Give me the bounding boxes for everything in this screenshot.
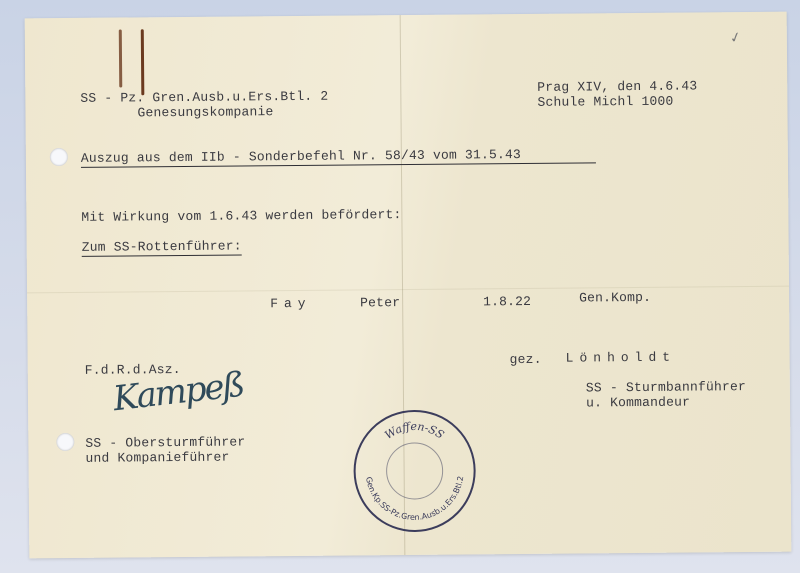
punch-hole	[56, 433, 74, 451]
company-header: Genesungskompanie	[137, 104, 273, 120]
entry-unit: Gen.Komp.	[579, 290, 651, 306]
commander-title: u. Kommandeur	[586, 395, 690, 411]
entry-surname: Fay	[270, 296, 312, 311]
rust-stain	[119, 29, 123, 87]
commander-name: Lönholdt	[566, 350, 677, 366]
officer-title: und Kompanieführer	[85, 450, 229, 466]
entry-birth-date: 1.8.22	[483, 294, 531, 309]
place-date: Prag XIV, den 4.6.43	[537, 78, 697, 94]
official-stamp: Waffen-SS Gen.Kp.SS-Pz.Gren.Ausb.u.Ers.B…	[351, 407, 478, 534]
punch-hole	[50, 148, 68, 166]
rust-stain	[141, 29, 145, 95]
entry-first-name: Peter	[360, 295, 400, 310]
body-text: Mit Wirkung vom 1.6.43 werden befördert:	[81, 207, 401, 225]
fold-line-horizontal	[27, 286, 789, 294]
check-mark-icon: ✓	[728, 29, 744, 48]
signed-prefix: gez.	[510, 352, 542, 367]
unit-header: SS - Pz. Gren.Ausb.u.Ers.Btl. 2	[80, 89, 328, 106]
officer-rank: SS - Obersturmführer	[85, 434, 245, 450]
promotion-heading: Zum SS-Rottenführer:	[82, 238, 242, 256]
document-sheet: ✓ SS - Pz. Gren.Ausb.u.Ers.Btl. 2 Genesu…	[25, 12, 792, 559]
commander-rank: SS - Sturmbannführer	[586, 379, 746, 395]
stamp-top-text: Waffen-SS	[382, 419, 446, 442]
subject-line: Auszug aus dem IIb - Sonderbefehl Nr. 58…	[81, 146, 596, 167]
address-line: Schule Michl 1000	[537, 94, 673, 110]
